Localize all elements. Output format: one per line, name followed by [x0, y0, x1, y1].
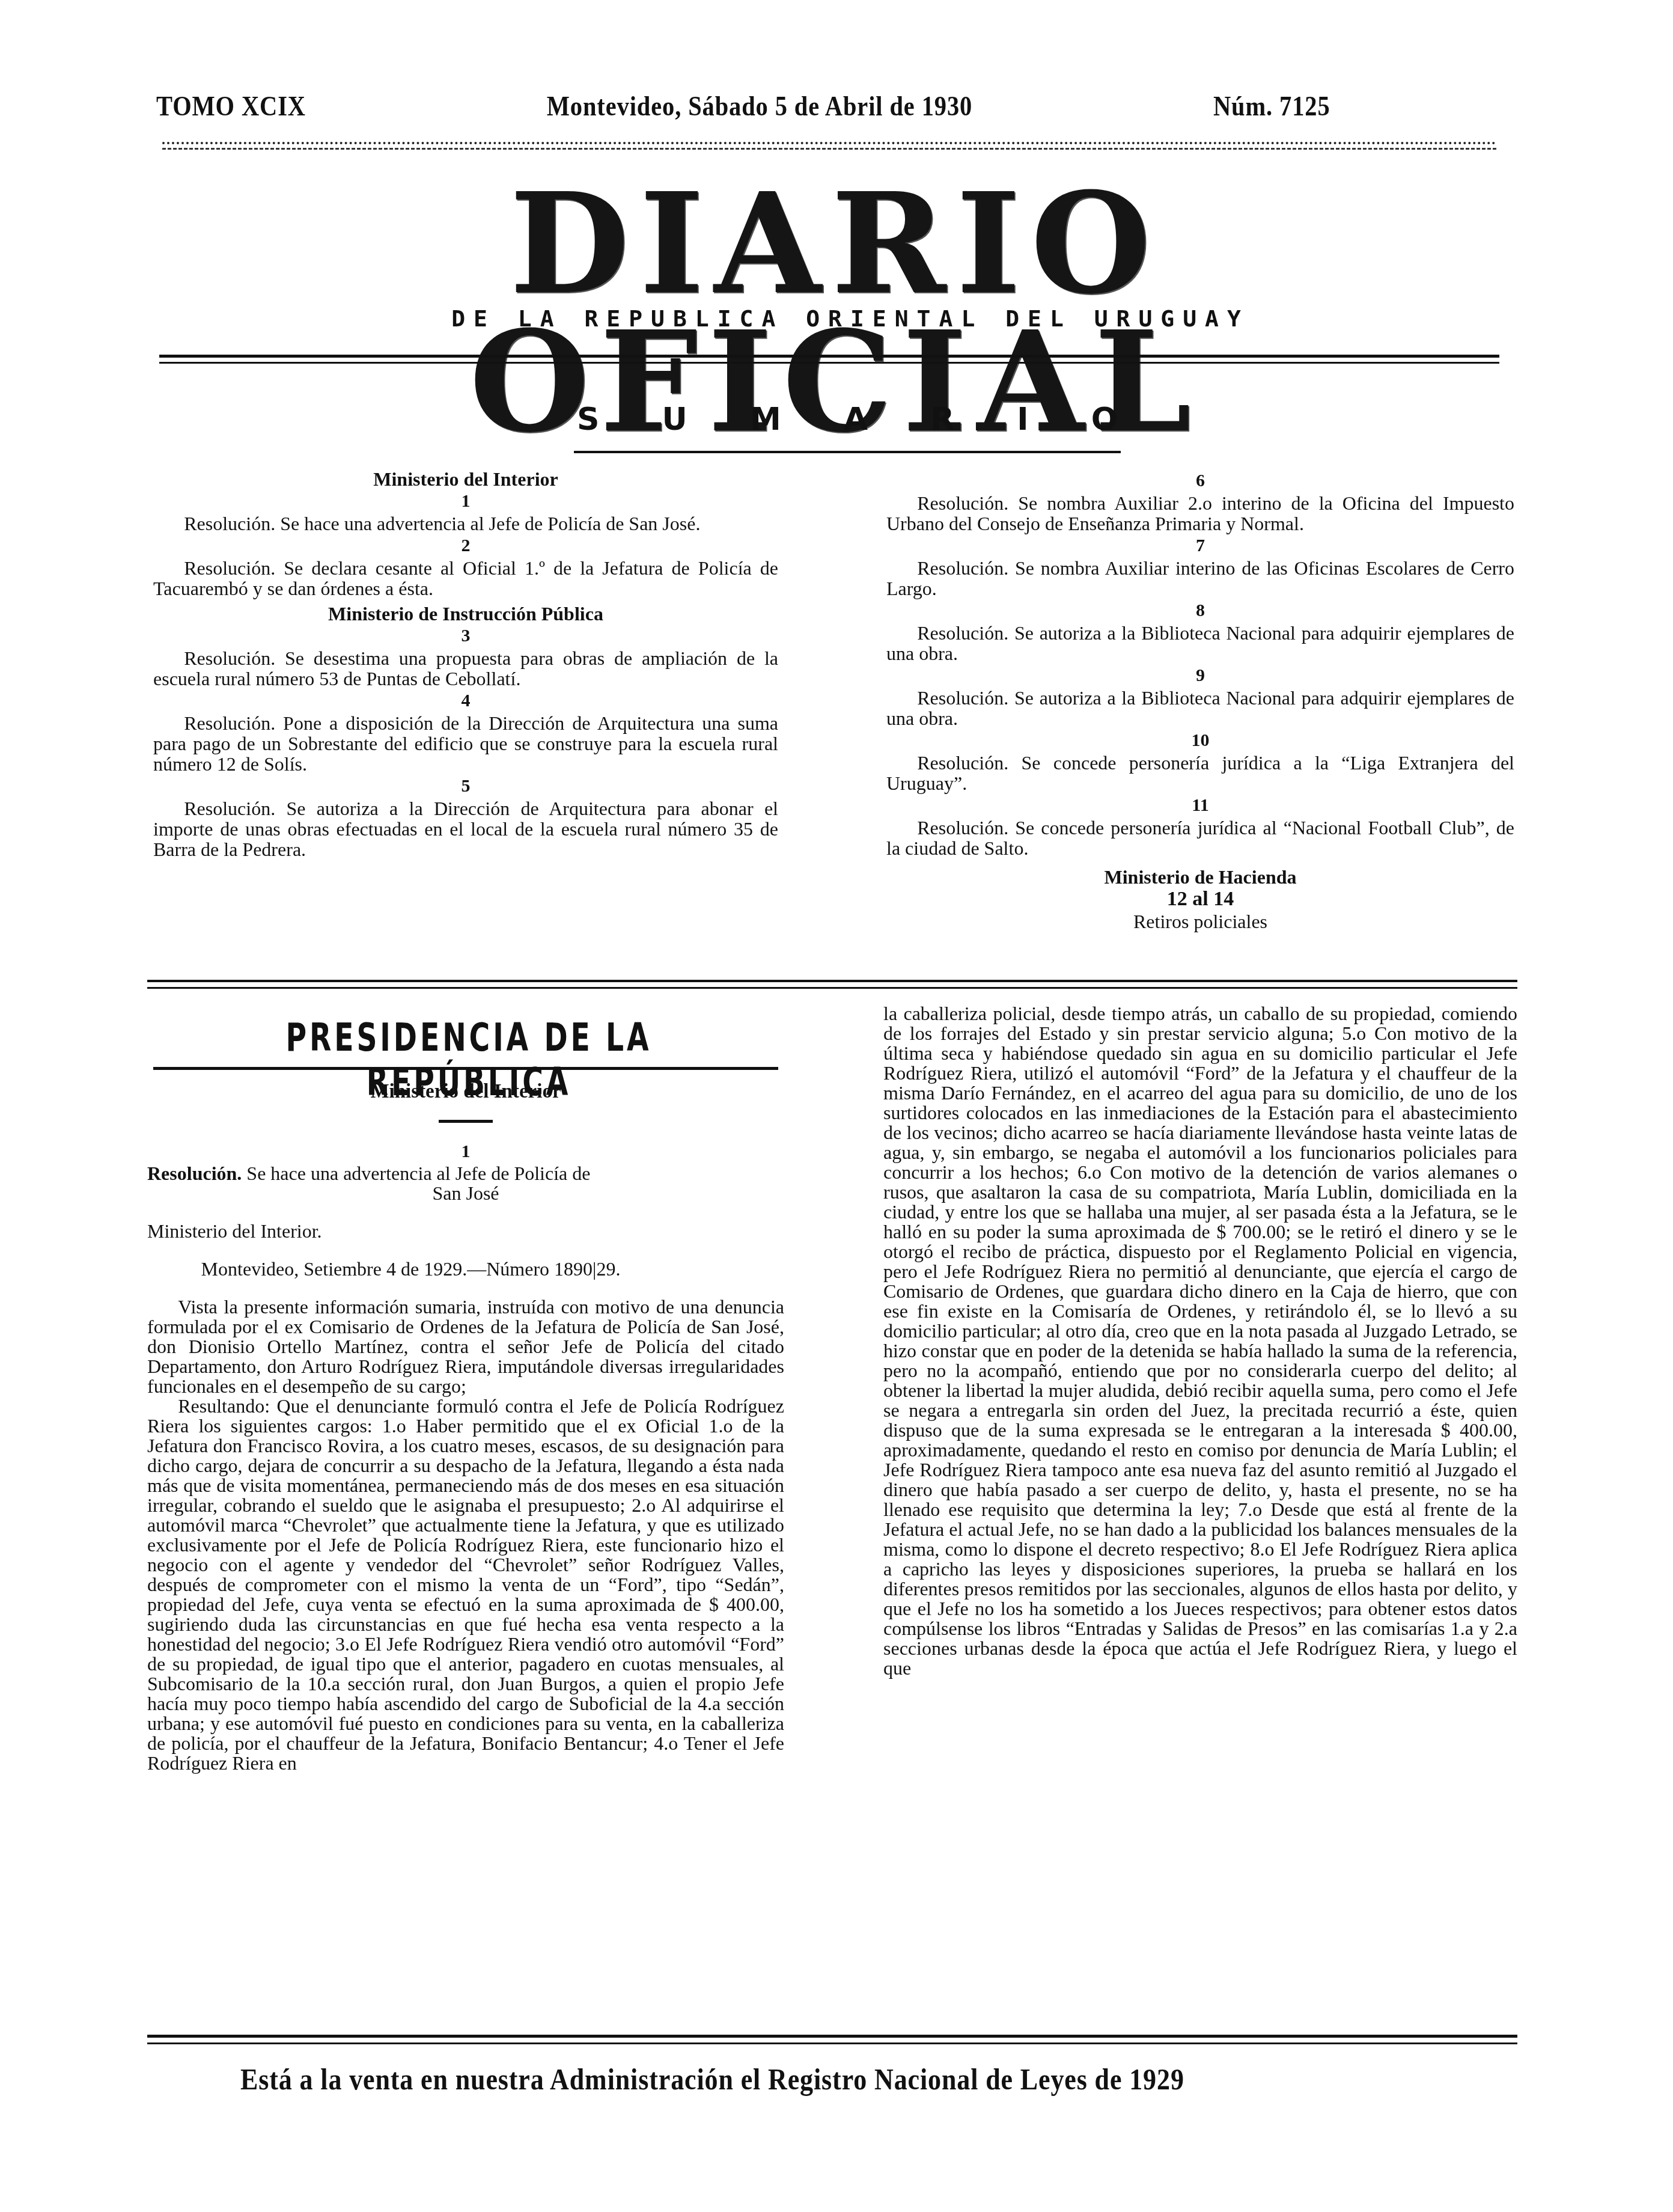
article-left-column: Ministerio del Interior 1 Resolución. Se… — [147, 1082, 784, 1773]
summary-item: Resolución. Se nombra Auxiliar interino … — [886, 558, 1514, 599]
article-number: 1 — [147, 1140, 784, 1164]
summary-item: Resolución. Se hace una advertencia al J… — [153, 513, 778, 534]
item-number: 5 — [153, 774, 778, 798]
item-range-text: Retiros policiales — [886, 911, 1514, 932]
item-number: 10 — [886, 729, 1514, 753]
summary-item: Resolución. Pone a disposición de la Dir… — [153, 713, 778, 774]
item-number: 6 — [886, 469, 1514, 493]
footer-rule-top — [147, 2035, 1517, 2038]
sumario-rule — [574, 451, 1121, 453]
summary-item: Resolución. Se nombra Auxiliar 2.o inter… — [886, 493, 1514, 534]
article-paragraph: la caballeriza policial, desde tiempo at… — [883, 1004, 1517, 1678]
section-rule-bottom — [147, 987, 1517, 989]
summary-item: Resolución. Se autoriza a la Biblioteca … — [886, 623, 1514, 664]
sumario-right-column: 6 Resolución. Se nombra Auxiliar 2.o int… — [886, 469, 1514, 932]
masthead-subtitle: DE LA REPUBLICA ORIENTAL DEL URUGUAY — [355, 305, 1346, 332]
header-meta: TOMO XCIX Montevideo, Sábado 5 de Abril … — [156, 90, 1330, 122]
footer-notice: Está a la venta en nuestra Administració… — [240, 2062, 1245, 2097]
summary-item: Resolución. Se autoriza a la Biblioteca … — [886, 688, 1514, 729]
summary-item: Resolución. Se autoriza a la Dirección d… — [153, 798, 778, 860]
header-divider — [162, 142, 1496, 150]
masthead-rule-top — [159, 355, 1499, 358]
item-number: 11 — [886, 793, 1514, 817]
sumario-left-column: Ministerio del Interior 1 Resolución. Se… — [153, 469, 778, 860]
article-paragraph: Vista la presente información sumaria, i… — [147, 1297, 784, 1396]
item-number: 9 — [886, 664, 1514, 688]
ministry-line: Ministerio del Interior. — [147, 1221, 784, 1241]
footer-rule-bottom — [147, 2042, 1517, 2044]
ministry-heading: Ministerio de Hacienda — [886, 867, 1514, 887]
article-date-line: Montevideo, Setiembre 4 de 1929.—Número … — [147, 1259, 784, 1279]
sumario-title: S U M A R I O — [577, 402, 1118, 438]
column-gutter — [835, 986, 837, 2032]
section-title-rule — [153, 1067, 778, 1070]
article-paragraph: Resultando: Que el denunciante formuló c… — [147, 1396, 784, 1773]
article-ministry: Ministerio del Interior — [147, 1082, 784, 1102]
summary-item: Resolución. Se declara cesante al Oficia… — [153, 558, 778, 599]
summary-item: Resolución. Se concede personería jurídi… — [886, 817, 1514, 858]
ministry-divider — [439, 1120, 493, 1123]
ministry-heading: Ministerio del Interior — [153, 469, 778, 489]
resolution-title: Resolución. Se hace una advertencia al J… — [147, 1164, 784, 1184]
volume-label: TOMO XCIX — [156, 90, 306, 122]
summary-item: Resolución. Se desestima una propuesta p… — [153, 648, 778, 689]
item-number: 2 — [153, 534, 778, 558]
ministry-heading: Ministerio de Instrucción Pública — [153, 603, 778, 624]
newspaper-page: TOMO XCIX Montevideo, Sábado 5 de Abril … — [0, 0, 1673, 2212]
section-rule-top — [147, 980, 1517, 982]
item-number: 8 — [886, 599, 1514, 623]
item-number: 7 — [886, 534, 1514, 558]
issue-number: Núm. 7125 — [1213, 90, 1330, 122]
resolution-title-cont: San José — [147, 1184, 784, 1203]
summary-item: Resolución. Se concede personería jurídi… — [886, 753, 1514, 793]
article-right-column: la caballeriza policial, desde tiempo at… — [883, 1004, 1517, 1678]
item-number: 1 — [153, 489, 778, 513]
item-range: 12 al 14 — [886, 887, 1514, 911]
masthead-rule-bottom — [159, 362, 1499, 364]
item-number: 3 — [153, 624, 778, 648]
item-number: 4 — [153, 689, 778, 713]
date-line: Montevideo, Sábado 5 de Abril de 1930 — [306, 90, 1213, 122]
